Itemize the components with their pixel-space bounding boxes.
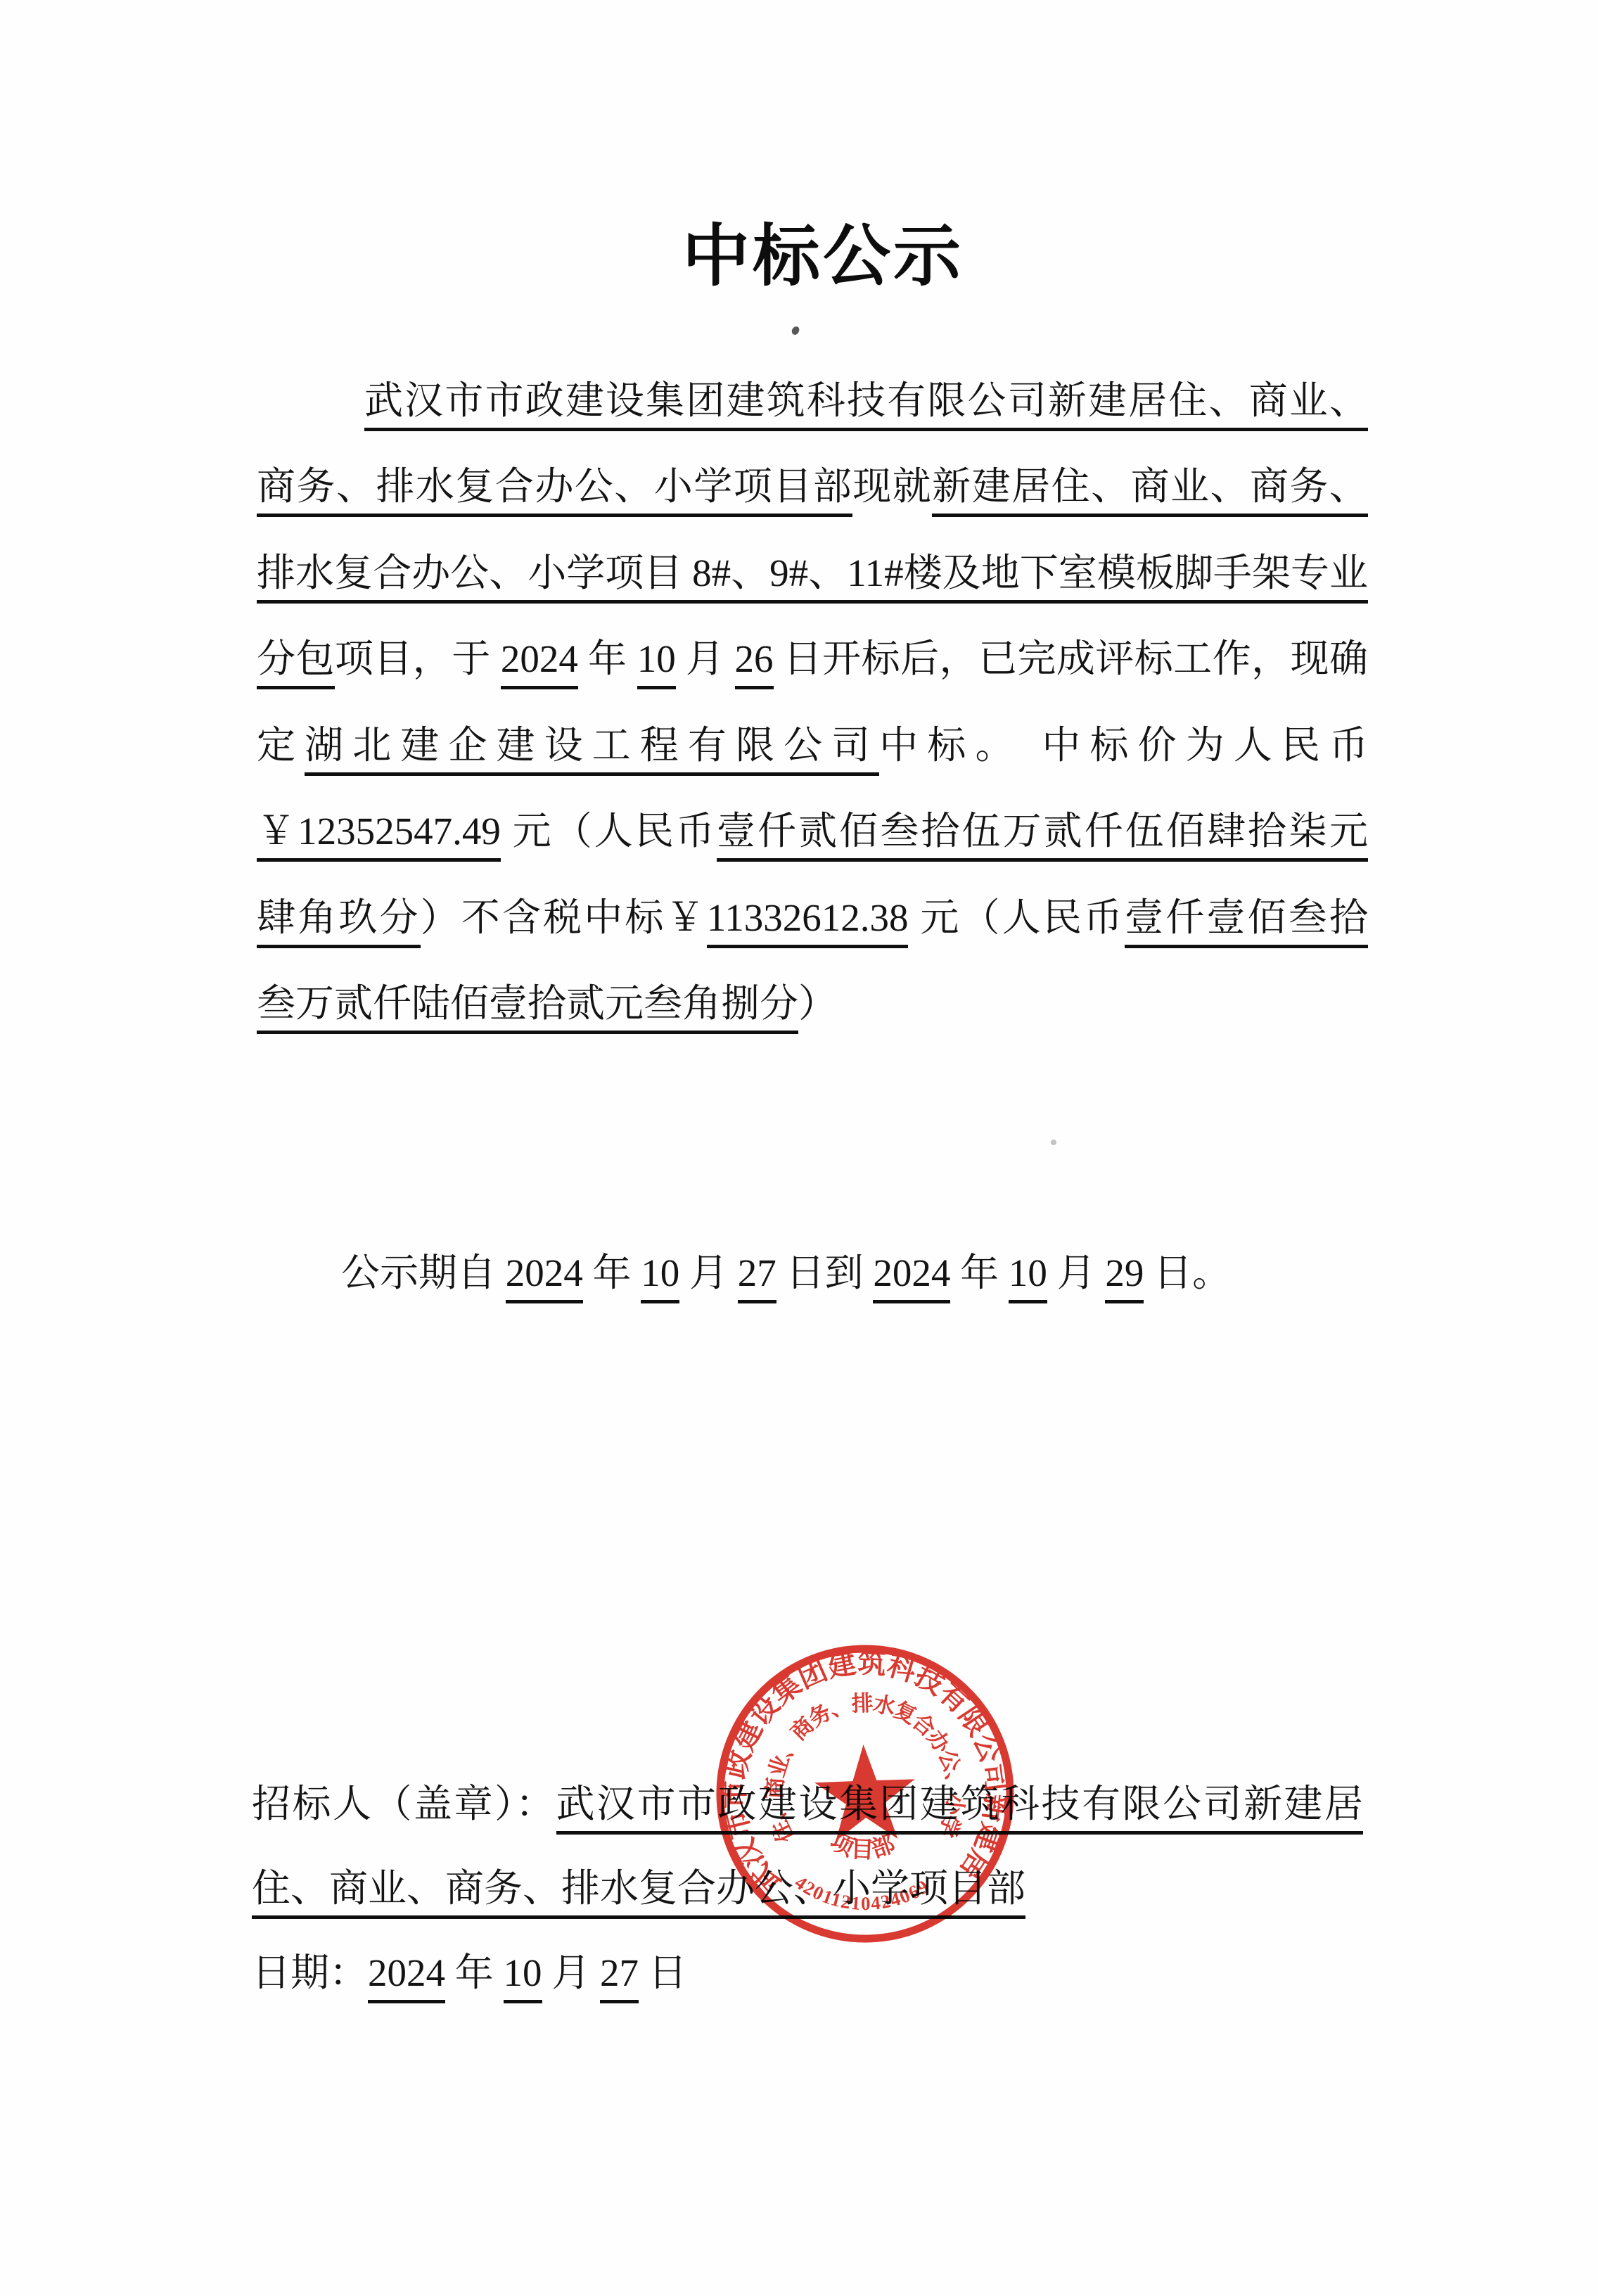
text-segment: 分包 — [257, 637, 335, 689]
text-segment: 定 — [257, 724, 305, 767]
text-segment: 日期： — [252, 1951, 368, 1994]
text-segment: 10 — [504, 1951, 542, 2003]
scan-speck — [1051, 1140, 1056, 1145]
document-page: 中标公示 武汉市市政建设集团建筑科技有限公司新建居住、商业、 商务、排水复合办公… — [0, 0, 1598, 2296]
text-segment: 中标。 中标价为人民币 — [879, 724, 1368, 767]
text-segment: 公示期自 — [341, 1251, 506, 1294]
text-segment: 商务、排水复合办公、小学项目部 — [257, 465, 852, 517]
text-segment: 27 — [738, 1251, 776, 1303]
text-segment: 武汉市市政建设集团建筑科技有限公司新建居住、商业、 — [364, 379, 1368, 431]
body-line: 定湖北建企建设工程有限公司中标。 中标价为人民币 — [257, 721, 1368, 777]
body-line: 叁万贰仟陆佰壹拾贰元叁角捌分） — [257, 979, 1368, 1035]
text-segment: 2024 — [506, 1251, 583, 1303]
text-segment: ）不含税中标￥ — [421, 896, 707, 939]
text-segment: 湖北建企建设工程有限公司 — [305, 724, 879, 776]
text-segment: 29 — [1105, 1251, 1144, 1303]
text-segment: 月 — [679, 1251, 738, 1294]
text-segment: ￥12352547.49 — [257, 810, 501, 862]
text-segment: 2024 — [873, 1251, 950, 1303]
text-segment: 肆角玖分 — [257, 896, 421, 948]
text-segment: ） — [798, 982, 837, 1025]
text-segment: 年 — [445, 1951, 504, 1994]
text-segment: 26 — [735, 637, 774, 689]
text-segment: 排水复合办公、小学项目 8#、9#、11#楼及地下室模板脚手架专业 — [257, 551, 1368, 604]
body-line: 分包项目，于 2024 年 10 月 26 日开标后，已完成评标工作，现确 — [257, 634, 1368, 691]
page-title: 中标公示 — [24, 203, 1598, 299]
body-line: 肆角玖分）不含税中标￥11332612.38 元（人民币壹仟壹佰叁拾 — [257, 893, 1368, 950]
text-segment: 月 — [542, 1951, 601, 1994]
text-segment: 叁万贰仟陆佰壹拾贰元叁角捌分 — [257, 982, 798, 1034]
text-segment: 2024 — [501, 637, 578, 689]
text-segment: 新建居住、商业、商务、 — [932, 465, 1368, 517]
text-segment: 日。 — [1144, 1251, 1231, 1294]
body-line: 武汉市市政建设集团建筑科技有限公司新建居住、商业、 — [257, 376, 1368, 433]
text-segment: 日到 — [776, 1251, 874, 1294]
text-segment: 元（人民币 — [908, 896, 1125, 939]
seal-serial-number: 42011210424069 — [791, 1867, 934, 1917]
scan-speck — [791, 326, 800, 336]
text-segment: 月 — [1047, 1251, 1106, 1294]
text-segment: 项目，于 — [335, 637, 501, 680]
body-line: 排水复合办公、小学项目 8#、9#、11#楼及地下室模板脚手架专业 — [257, 549, 1368, 605]
text-segment: 10 — [637, 637, 676, 689]
official-seal: 武汉市市政建设集团建筑科技有限公司新建居 住、商业、商务、排水复合办公、小学 项… — [698, 1626, 1033, 1961]
text-segment: 10 — [1009, 1251, 1047, 1303]
seal-star-icon — [813, 1743, 916, 1842]
text-segment: 元（人民币 — [501, 810, 717, 853]
text-segment: 现就 — [852, 465, 932, 508]
text-segment: 壹仟贰佰叁拾伍万贰仟伍佰肆拾柒元 — [717, 810, 1368, 862]
text-segment: 2024 — [368, 1951, 445, 2003]
text-segment: 招标人（盖章）： — [252, 1782, 556, 1825]
text-segment: 年 — [583, 1251, 641, 1294]
text-segment: 月 — [676, 637, 735, 680]
text-segment: 27 — [600, 1951, 639, 2003]
text-segment: 年 — [950, 1251, 1009, 1294]
body-line: 商务、排水复合办公、小学项目部现就新建居住、商业、商务、 — [257, 462, 1368, 518]
body-line: ￥12352547.49 元（人民币壹仟贰佰叁拾伍万贰仟伍佰肆拾柒元 — [257, 807, 1368, 863]
text-segment: 年 — [578, 637, 637, 680]
text-segment: 日 — [639, 1951, 687, 1994]
text-segment: 10 — [641, 1251, 679, 1303]
text-segment: 11332612.38 — [707, 896, 909, 948]
text-segment: 日开标后，已完成评标工作，现确 — [774, 637, 1368, 680]
text-segment: 壹仟壹佰叁拾 — [1125, 896, 1368, 948]
notice-period-line: 公示期自 2024 年 10 月 27 日到 2024 年 10 月 29 日。 — [257, 1249, 1368, 1305]
